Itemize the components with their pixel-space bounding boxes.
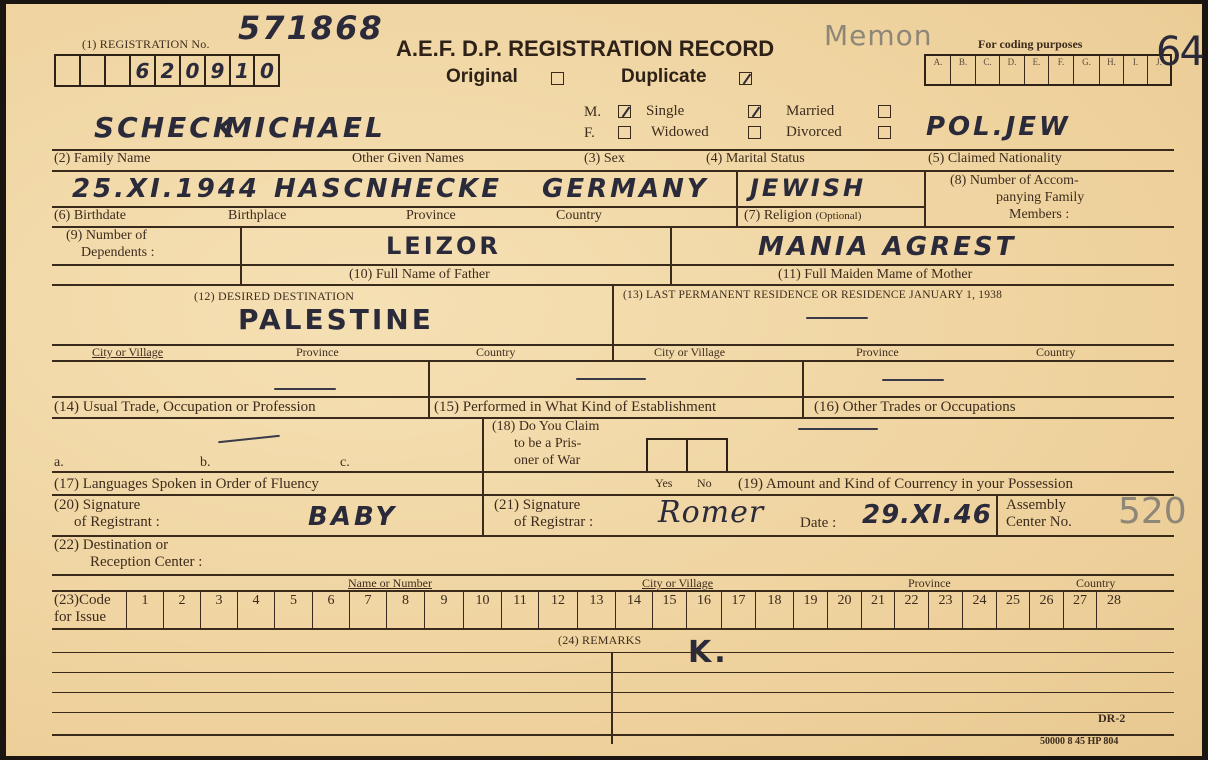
pow-label-3: oner of War <box>514 454 580 468</box>
reception-center-label-2: Reception Center : <box>90 555 202 570</box>
remarks-line <box>52 692 1174 693</box>
divider <box>52 170 1174 172</box>
divider <box>52 360 1174 362</box>
destination-value: PALESTINE <box>238 306 434 334</box>
sex-label: (3) Sex <box>584 152 625 166</box>
divider <box>52 344 1174 346</box>
divider <box>52 494 1174 496</box>
registrant-signature-label-2: of Registrant : <box>74 515 160 530</box>
coding-col: G. <box>1074 56 1100 84</box>
remarks-label: (24) REMARKS <box>558 634 641 646</box>
remarks-line <box>52 712 1174 713</box>
family-members-label-3: Members : <box>1009 208 1069 222</box>
code-cell[interactable]: 18 <box>756 590 794 628</box>
other-trades-label: (16) Other Trades or Occupations <box>814 400 1016 415</box>
country-label: Country <box>556 209 602 223</box>
code-cell[interactable]: 25 <box>997 590 1030 628</box>
coding-col: I. <box>1124 56 1148 84</box>
coding-col: D. <box>1000 56 1025 84</box>
remarks-line <box>52 652 1174 653</box>
code-cell[interactable]: 28 <box>1097 590 1131 628</box>
coding-col: F. <box>1049 56 1074 84</box>
code-group-country: Country <box>1076 577 1115 589</box>
establishment-label: (15) Performed in What Kind of Establish… <box>434 400 716 415</box>
code-cell[interactable]: 9 <box>425 590 464 628</box>
coding-purposes-label: For coding purposes <box>978 38 1082 50</box>
sex-m-label: M. <box>584 105 601 120</box>
code-cell[interactable]: 3 <box>201 590 238 628</box>
residence-province-label: Province <box>856 346 899 358</box>
form-number: DR-2 <box>1098 712 1125 724</box>
divider <box>240 226 242 286</box>
single-checkbox[interactable] <box>748 105 761 118</box>
widowed-checkbox[interactable] <box>748 126 761 139</box>
remarks-line <box>52 672 1174 673</box>
code-cell[interactable]: 13 <box>578 590 616 628</box>
assembly-center-label-1: Assembly <box>1006 498 1066 513</box>
code-cell[interactable]: 6 <box>313 590 350 628</box>
mother-value: MANIA AGREST <box>758 234 1016 260</box>
registration-label: (1) REGISTRATION No. <box>82 38 210 50</box>
remarks-value: K. <box>688 638 729 668</box>
pow-label-2: to be a Pris- <box>514 437 581 451</box>
family-members-label-1: (8) Number of Accom- <box>950 174 1079 188</box>
trade-label: (14) Usual Trade, Occupation or Professi… <box>54 400 316 415</box>
reg-box: 0 <box>255 56 279 85</box>
code-cell[interactable]: 12 <box>539 590 578 628</box>
language-b: b. <box>200 456 211 470</box>
code-issue-grid: 1 2 3 4 5 6 7 8 9 10 11 12 13 14 15 16 1… <box>126 590 1175 628</box>
registrar-signature-label-1: (21) Signature <box>494 498 580 513</box>
coding-boxes: A. B. C. D. E. F. G. H. I. J. <box>924 54 1172 86</box>
language-c: c. <box>340 456 350 470</box>
code-cell[interactable]: 22 <box>895 590 929 628</box>
divider <box>52 417 1174 419</box>
divorced-label: Divorced <box>786 125 842 140</box>
marital-status-label: (4) Marital Status <box>706 152 805 166</box>
birthplace-value: HASCNHECKE <box>274 176 502 202</box>
family-name-label: (2) Family Name <box>54 152 150 166</box>
pow-yes-box[interactable] <box>648 440 688 472</box>
sex-m-checkbox[interactable] <box>618 105 631 118</box>
destination-city-label: City or Village <box>92 346 163 358</box>
blank-dash <box>806 317 868 319</box>
code-cell[interactable]: 24 <box>963 590 997 628</box>
date-label: Date : <box>800 516 836 531</box>
given-names-value: MICHAEL <box>224 114 386 142</box>
father-value: LEIZOR <box>386 234 501 258</box>
divider <box>52 471 1174 473</box>
divider <box>611 652 613 744</box>
coding-col: C. <box>976 56 1000 84</box>
reg-box: 9 <box>206 56 231 85</box>
coding-col: H. <box>1100 56 1124 84</box>
family-members-label-2: panying Family <box>996 191 1084 205</box>
divider <box>670 226 672 286</box>
code-cell[interactable]: 16 <box>687 590 722 628</box>
code-cell[interactable]: 5 <box>275 590 313 628</box>
reg-box: 1 <box>231 56 255 85</box>
code-cell[interactable]: 8 <box>387 590 425 628</box>
reg-box: 6 <box>131 56 156 85</box>
reg-box: 2 <box>156 56 181 85</box>
coding-col: B. <box>951 56 976 84</box>
coding-col: A. <box>926 56 951 84</box>
divider <box>52 535 1174 537</box>
code-cell[interactable]: 14 <box>616 590 653 628</box>
divider <box>802 360 804 418</box>
registrant-signature-value: BABY <box>308 504 397 530</box>
widowed-label: Widowed <box>651 125 709 140</box>
divider <box>736 170 738 226</box>
registrar-signature-label-2: of Registrar : <box>514 515 593 530</box>
pow-label-1: (18) Do You Claim <box>492 420 599 434</box>
residence-city-label: City or Village <box>654 346 725 358</box>
assembly-center-value: 520 <box>1118 494 1187 530</box>
last-residence-label: (13) LAST PERMANENT RESIDENCE OR RESIDEN… <box>623 290 1002 302</box>
reception-center-label-1: (22) Destination or <box>54 538 168 553</box>
dp-registration-card: (1) REGISTRATION No. 571868 6 2 0 9 1 0 … <box>6 4 1202 756</box>
religion-value: JEWISH <box>750 176 866 200</box>
destination-country-label: Country <box>476 346 515 358</box>
code-cell[interactable]: 2 <box>164 590 201 628</box>
code-cell[interactable]: 21 <box>862 590 895 628</box>
code-cell[interactable]: 20 <box>828 590 862 628</box>
reg-box <box>81 56 106 85</box>
code-cell[interactable]: 7 <box>350 590 387 628</box>
code-issue-label-1: (23)Code <box>54 593 111 608</box>
single-label: Single <box>646 104 684 119</box>
code-group-name: Name or Number <box>348 577 432 589</box>
code-group-province: Province <box>908 577 951 589</box>
reg-box: 0 <box>181 56 206 85</box>
divider <box>52 628 1174 630</box>
divider <box>52 264 1174 266</box>
code-cell[interactable]: 1 <box>127 590 164 628</box>
registration-handwritten-number: 571868 <box>238 12 384 44</box>
code-cell[interactable]: 19 <box>794 590 828 628</box>
blank-dash <box>882 379 944 381</box>
language-a: a. <box>54 456 64 470</box>
nationality-value: POL.JEW <box>926 114 1071 140</box>
code-cell[interactable]: 4 <box>238 590 275 628</box>
form-title: A.E.F. D.P. REGISTRATION RECORD <box>396 38 774 60</box>
pow-boxes <box>646 438 728 472</box>
blank-dash <box>218 435 280 443</box>
blank-dash <box>274 388 336 390</box>
birthdate-label: (6) Birthdate <box>54 209 126 223</box>
code-group-city: City or Village <box>642 577 713 589</box>
religion-label: (7) Religion (Optional) <box>744 209 861 223</box>
reg-box <box>106 56 131 85</box>
pow-no-label: No <box>697 477 712 489</box>
sex-f-label: F. <box>584 126 595 141</box>
divider <box>52 396 1174 398</box>
dependents-label-2: Dependents : <box>81 246 154 260</box>
code-cell[interactable]: 15 <box>653 590 687 628</box>
pencil-note: Memon <box>824 22 933 50</box>
destination-label: (12) DESIRED DESTINATION <box>194 290 354 302</box>
residence-country-label: Country <box>1036 346 1075 358</box>
code-cell[interactable]: 10 <box>464 590 502 628</box>
divider <box>924 170 926 226</box>
date-value: 29.XI.46 <box>862 502 992 528</box>
corner-mark: 64 <box>1156 32 1203 72</box>
reg-box <box>56 56 81 85</box>
mother-label: (11) Full Maiden Mame of Mother <box>778 268 972 282</box>
nationality-label: (5) Claimed Nationality <box>928 152 1062 166</box>
given-names-label: Other Given Names <box>352 152 464 166</box>
duplicate-label: Duplicate <box>621 67 707 86</box>
coding-col: E. <box>1025 56 1049 84</box>
divider <box>612 284 614 360</box>
assembly-center-label-2: Center No. <box>1006 515 1072 530</box>
code-cell[interactable]: 26 <box>1030 590 1064 628</box>
religion-optional-note: (Optional) <box>816 210 862 222</box>
country-value: GERMANY <box>542 176 709 202</box>
destination-province-label: Province <box>296 346 339 358</box>
religion-label-text: (7) Religion <box>744 208 812 223</box>
pow-yes-label: Yes <box>655 477 672 489</box>
blank-dash <box>576 378 646 380</box>
code-issue-label-2: for Issue <box>54 610 106 625</box>
languages-label: (17) Languages Spoken in Order of Fluenc… <box>54 477 319 492</box>
divider <box>52 734 1174 736</box>
birthdate-value: 25.XI.1944 <box>72 176 260 202</box>
currency-label: (19) Amount and Kind of Courrency in you… <box>738 477 1073 492</box>
divorced-checkbox[interactable] <box>878 126 891 139</box>
code-cell[interactable]: 23 <box>929 590 963 628</box>
married-label: Married <box>786 104 834 119</box>
sex-f-checkbox[interactable] <box>618 126 631 139</box>
divider <box>52 226 1174 228</box>
family-name-value: SCHECK <box>94 114 238 142</box>
divider <box>482 417 484 535</box>
duplicate-checkbox[interactable] <box>739 72 752 85</box>
dependents-label-1: (9) Number of <box>66 229 147 243</box>
blank-dash <box>798 428 878 430</box>
divider <box>428 360 430 418</box>
print-info: 50000 8 45 HP 804 <box>1040 737 1118 747</box>
code-cell[interactable]: 27 <box>1064 590 1097 628</box>
original-checkbox[interactable] <box>551 72 564 85</box>
divider <box>52 574 1174 576</box>
registrar-signature-value: Romer <box>658 498 764 528</box>
birthplace-label: Birthplace <box>228 209 286 223</box>
divider <box>996 494 998 536</box>
pow-no-box[interactable] <box>688 440 728 472</box>
married-checkbox[interactable] <box>878 105 891 118</box>
original-label: Original <box>446 67 518 86</box>
code-cell[interactable]: 11 <box>502 590 539 628</box>
code-cell[interactable]: 17 <box>722 590 756 628</box>
registrant-signature-label-1: (20) Signature <box>54 498 140 513</box>
province-label: Province <box>406 209 456 223</box>
registration-number-boxes: 6 2 0 9 1 0 <box>54 54 280 87</box>
father-label: (10) Full Name of Father <box>349 268 490 282</box>
